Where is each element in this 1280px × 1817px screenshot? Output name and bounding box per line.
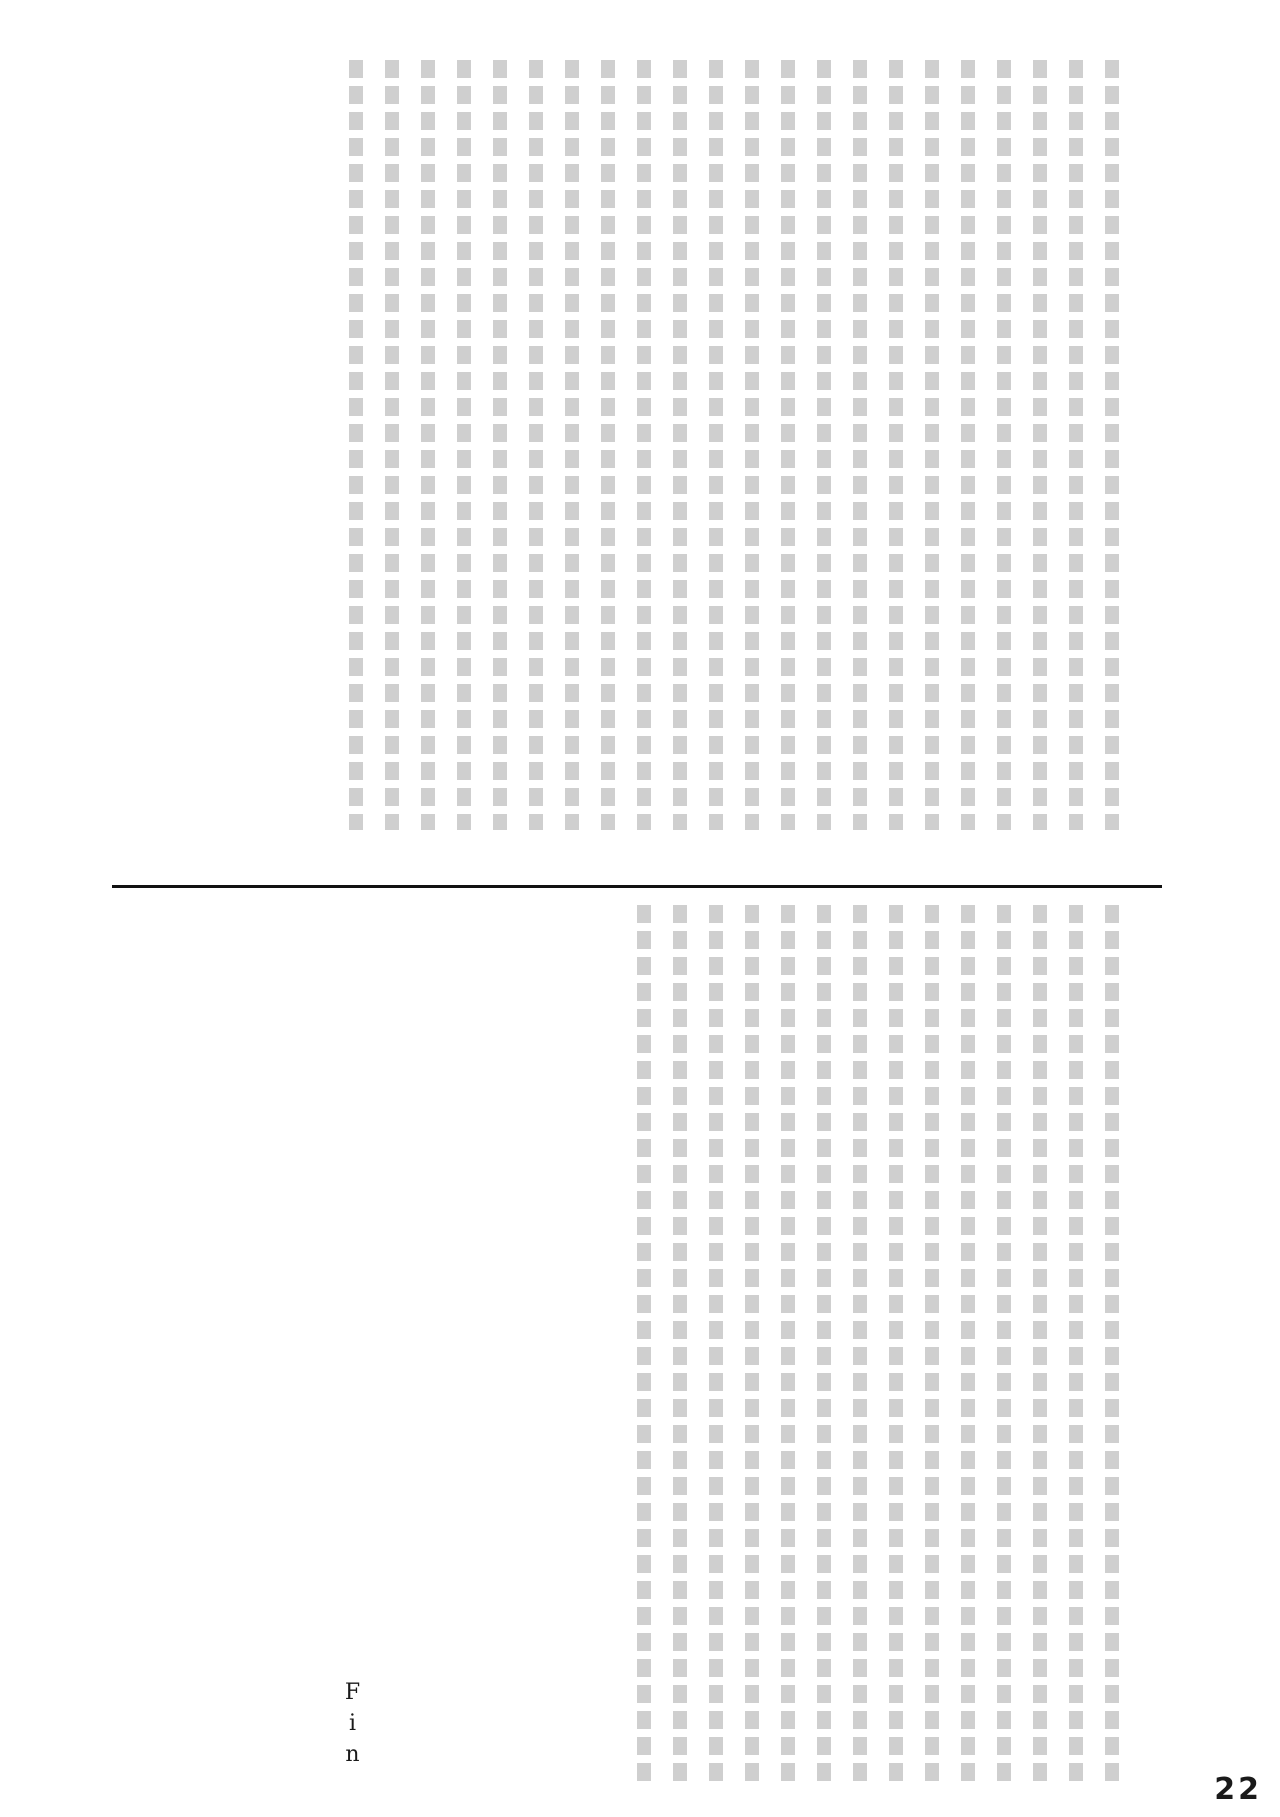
text-line-placeholder [1105,60,1119,830]
text-line-placeholder [925,905,939,1785]
text-line-placeholder [1069,905,1083,1785]
text-line-placeholder [889,60,903,830]
end-marker: Fin [340,1680,365,1773]
text-line-placeholder [745,905,759,1785]
text-line-placeholder [637,60,651,830]
text-line-placeholder [709,905,723,1785]
text-line-placeholder [853,60,867,830]
text-line-placeholder [817,60,831,830]
text-line-placeholder [745,60,759,830]
text-line-placeholder [1033,60,1047,830]
text-line-placeholder [385,60,399,830]
text-line-placeholder [637,905,651,1785]
text-line-placeholder [1033,905,1047,1785]
text-line-placeholder [889,905,903,1785]
text-line-placeholder [781,905,795,1785]
text-line-placeholder [1105,905,1119,1785]
text-line-placeholder [925,60,939,830]
text-line-placeholder [997,60,1011,830]
text-line-placeholder [1069,60,1083,830]
text-line-placeholder [673,60,687,830]
upper-text-block [338,60,1130,830]
text-line-placeholder [997,905,1011,1785]
text-line-placeholder [529,60,543,830]
section-divider [112,885,1162,888]
text-line-placeholder [421,60,435,830]
text-line-placeholder [961,905,975,1785]
text-line-placeholder [817,905,831,1785]
text-line-placeholder [457,60,471,830]
page-number: 22 [1214,1772,1262,1807]
text-line-placeholder [493,60,507,830]
text-line-placeholder [565,60,579,830]
text-line-placeholder [781,60,795,830]
lower-text-block [626,905,1130,1785]
text-line-placeholder [853,905,867,1785]
text-line-placeholder [349,60,363,830]
text-line-placeholder [961,60,975,830]
text-line-placeholder [601,60,615,830]
text-line-placeholder [709,60,723,830]
text-line-placeholder [673,905,687,1785]
